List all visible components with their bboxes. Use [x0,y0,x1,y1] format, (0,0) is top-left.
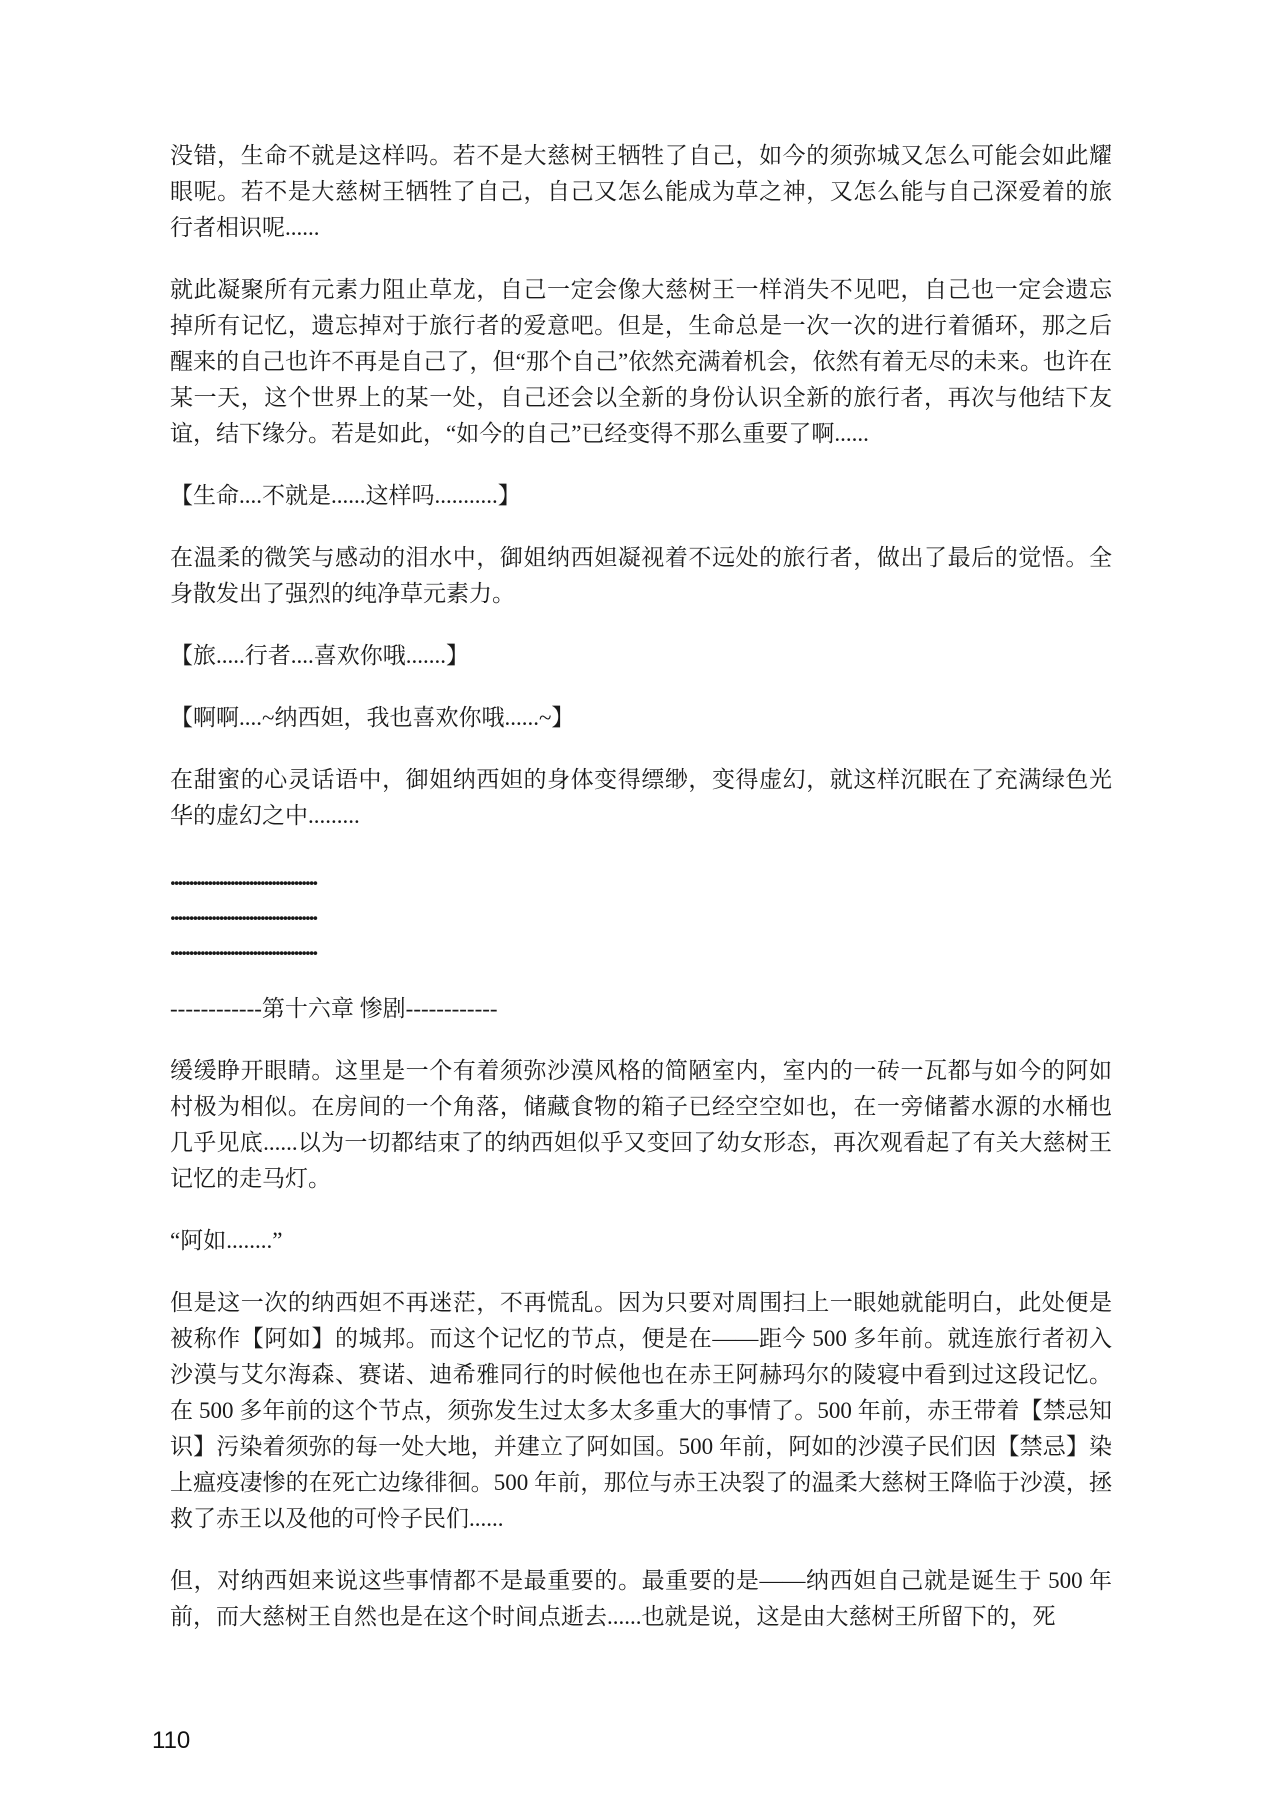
page-number: 110 [152,1726,190,1756]
paragraph: 在温柔的微笑与感动的泪水中，御姐纳西妲凝视着不远处的旅行者，做出了最后的觉悟。全… [170,540,1112,612]
ellipsis-divider-line: ....................................... [170,930,1112,965]
document-page: 没错，生命不就是这样吗。若不是大慈树王牺牲了自己，如今的须弥城又怎么可能会如此耀… [0,0,1280,1810]
paragraph: 在甜蜜的心灵话语中，御姐纳西妲的身体变得缥缈，变得虚幻，就这样沉眠在了充满绿色光… [170,762,1112,834]
paragraph: 但，对纳西妲来说这些事情都不是最重要的。最重要的是——纳西妲自己就是诞生于 50… [170,1563,1112,1635]
ellipsis-divider-line: ....................................... [170,895,1112,930]
dialogue-bracket-line: 【啊啊....~纳西妲，我也喜欢你哦......~】 [170,700,1112,736]
paragraph: 但是这一次的纳西妲不再迷茫，不再慌乱。因为只要对周围扫上一眼她就能明白，此处便是… [170,1285,1112,1537]
ellipsis-divider-line: ....................................... [170,860,1112,895]
paragraph: 就此凝聚所有元素力阻止草龙，自己一定会像大慈树王一样消失不见吧，自己也一定会遗忘… [170,272,1112,452]
paragraph: 缓缓睁开眼睛。这里是一个有着须弥沙漠风格的简陋室内，室内的一砖一瓦都与如今的阿如… [170,1053,1112,1197]
dialogue-bracket-line: 【生命....不就是......这样吗...........】 [170,478,1112,514]
paragraph: 没错，生命不就是这样吗。若不是大慈树王牺牲了自己，如今的须弥城又怎么可能会如此耀… [170,138,1112,246]
quote-line: “阿如........” [170,1223,1112,1259]
chapter-heading: ------------第十六章 惨剧------------ [170,991,1112,1027]
document-content: 没错，生命不就是这样吗。若不是大慈树王牺牲了自己，如今的须弥城又怎么可能会如此耀… [170,138,1112,1635]
dialogue-bracket-line: 【旅.....行者....喜欢你哦.......】 [170,638,1112,674]
